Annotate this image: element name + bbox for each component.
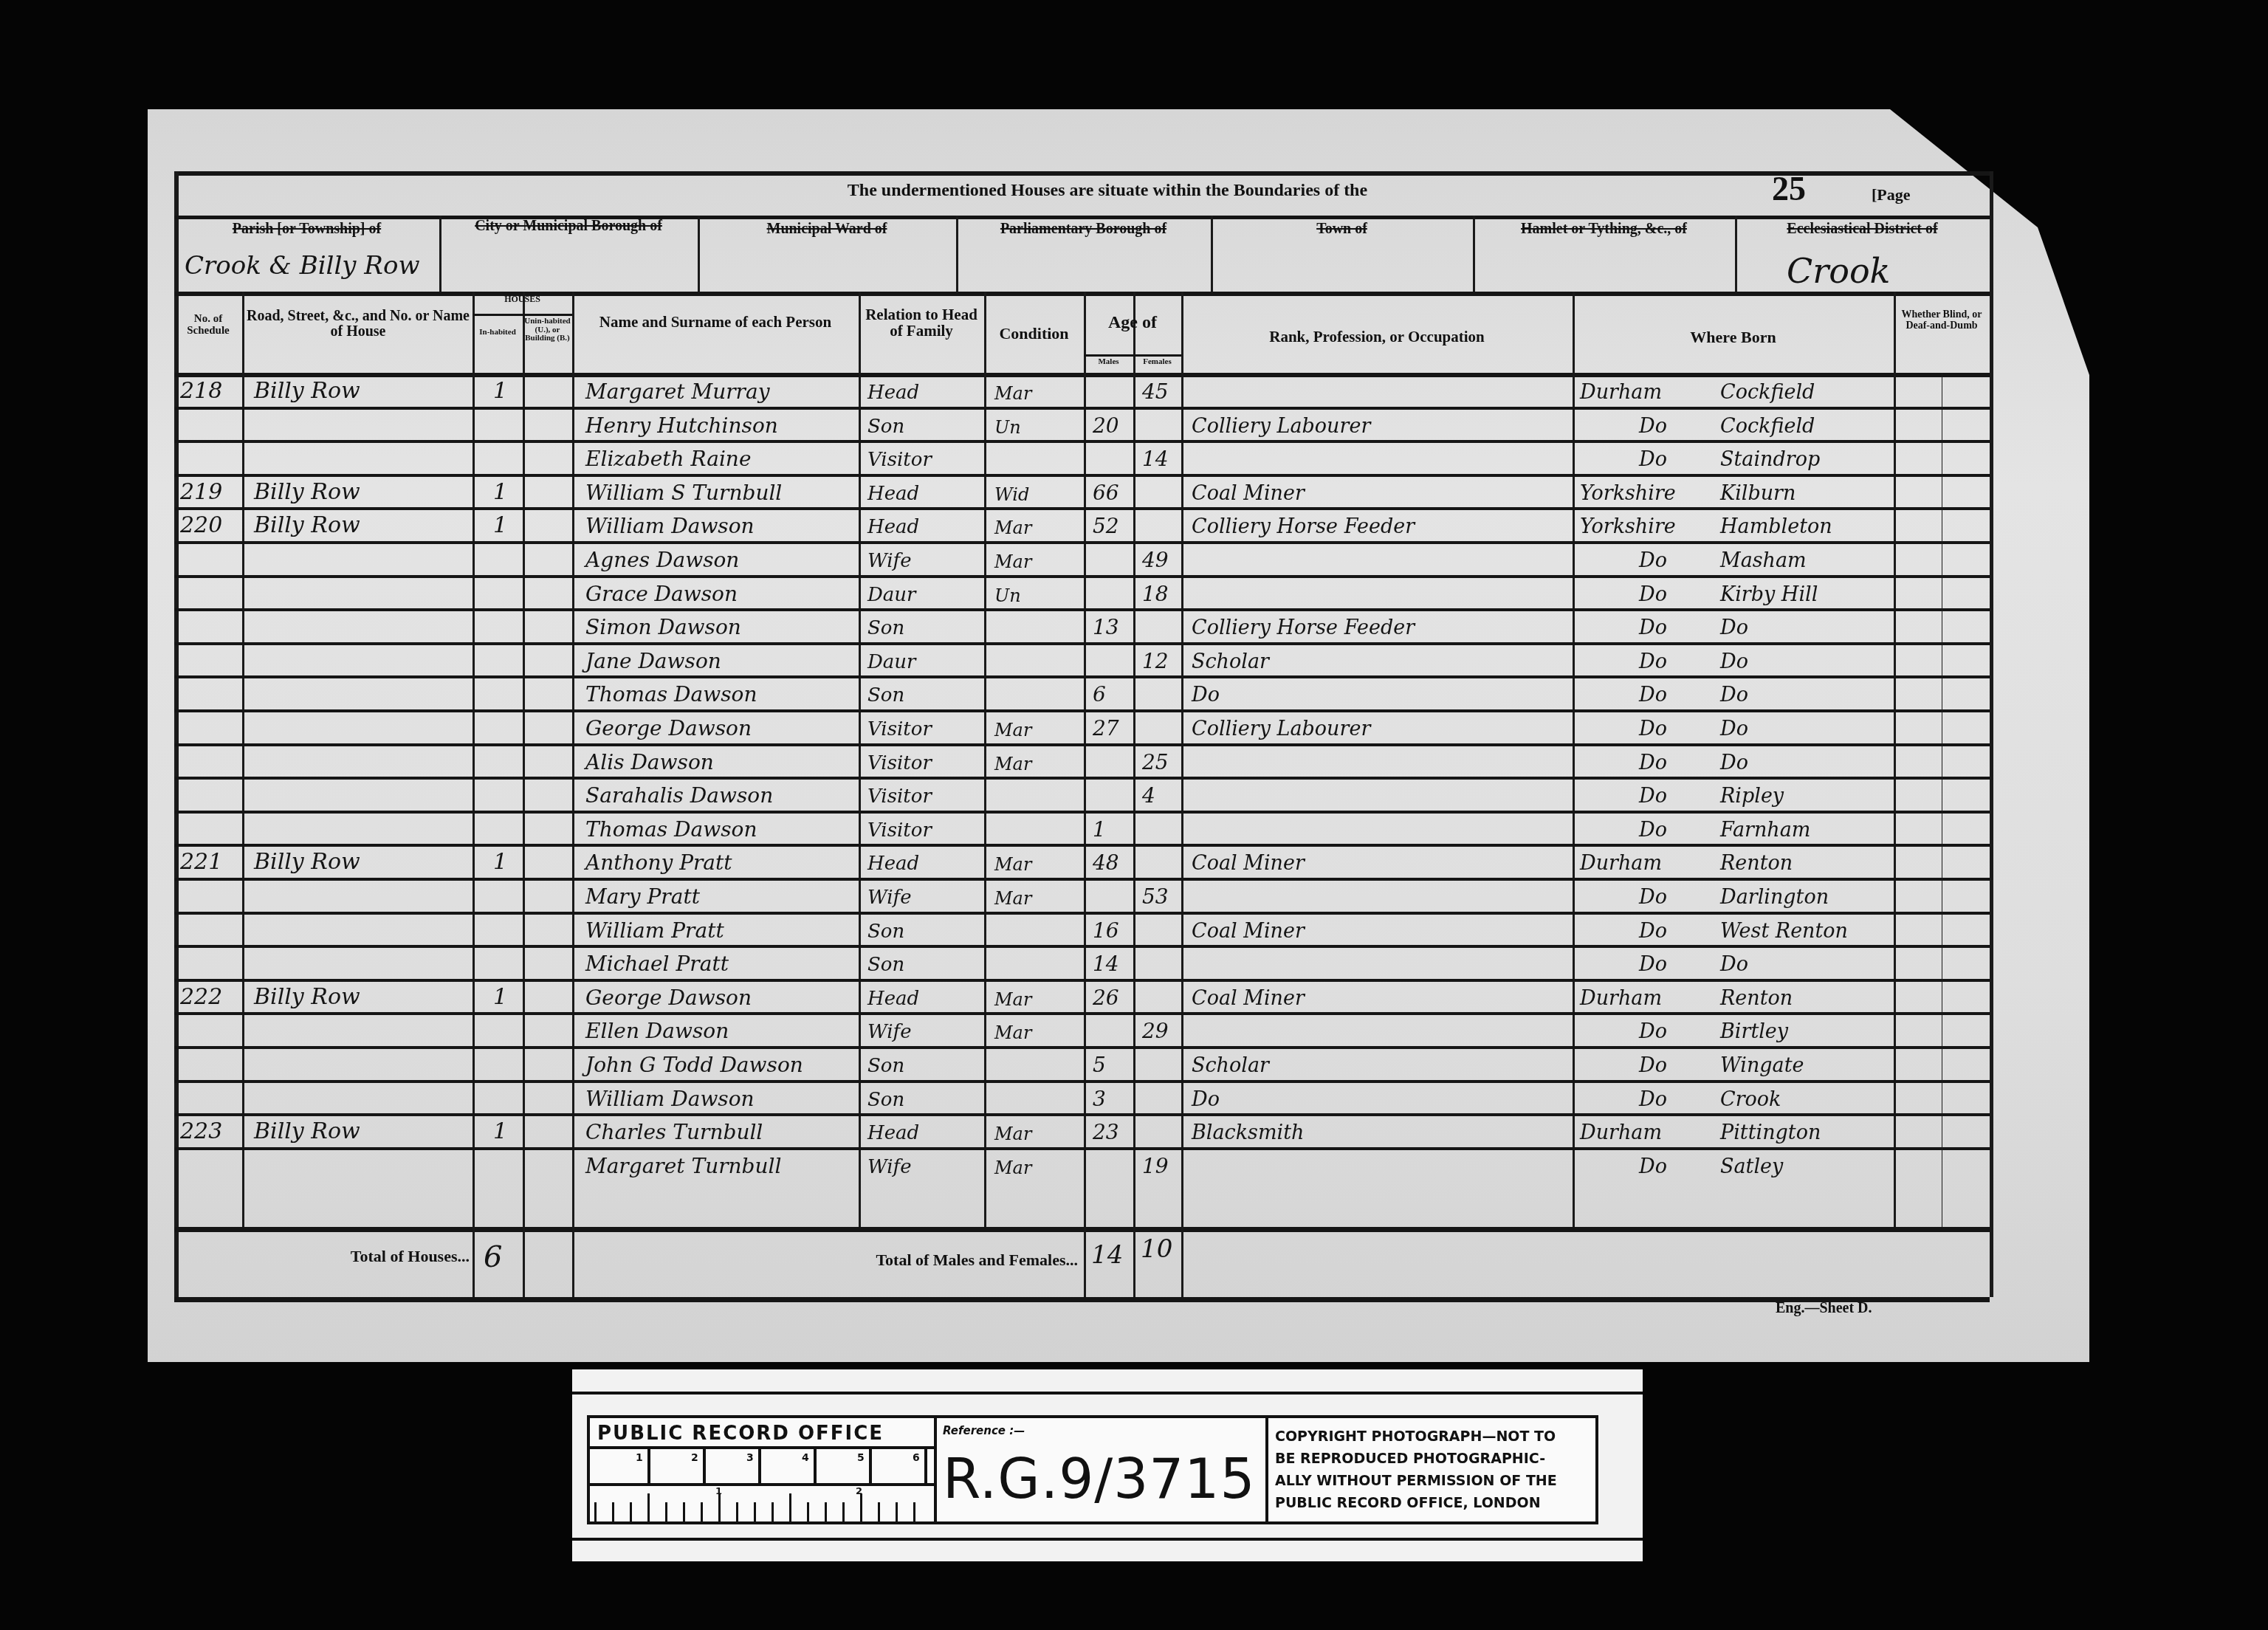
birth-place: Staindrop [1720, 440, 1820, 474]
birth-place: Do [1720, 743, 1748, 777]
reference-number: R.G.9/3715 [943, 1448, 1256, 1511]
marital-condition: Mar [994, 1012, 1031, 1046]
birth-place: Renton [1720, 979, 1793, 1013]
table-row [174, 912, 1990, 946]
table-row [174, 777, 1990, 811]
relation-to-head: Head [867, 844, 919, 878]
person-name: Alis Dawson [585, 743, 714, 777]
occupation: Colliery Horse Feeder [1192, 608, 1415, 642]
relation-to-head: Son [867, 945, 904, 979]
copyright-line: PUBLIC RECORD OFFICE, LONDON [1275, 1492, 1557, 1514]
birth-county: Durham [1580, 1113, 1662, 1147]
rule-line [523, 1227, 525, 1297]
birth-county: Do [1639, 608, 1667, 642]
sheet-mark: Eng.—Sheet D. [1776, 1301, 1872, 1316]
col-relation: Relation to Head of Family [859, 306, 984, 339]
copyright-line: BE REPRODUCED PHOTOGRAPHIC- [1275, 1448, 1557, 1470]
table-row [174, 608, 1990, 642]
table-row [174, 675, 1990, 709]
age-female: 29 [1142, 1012, 1169, 1046]
birth-place: Do [1720, 945, 1748, 979]
person-name: William Pratt [585, 912, 724, 946]
person-name: Elizabeth Raine [585, 440, 751, 474]
ruler-tick [869, 1449, 872, 1483]
age-female: 49 [1142, 541, 1169, 575]
marital-condition: Mar [994, 878, 1031, 912]
ruler-number: 3 [746, 1452, 754, 1464]
ruler-tick [594, 1502, 597, 1521]
age-female: 4 [1142, 777, 1155, 811]
birth-county: Do [1639, 777, 1667, 811]
person-name: George Dawson [585, 979, 752, 1013]
ruler-tick [736, 1502, 738, 1521]
ruler-tick [878, 1502, 880, 1521]
relation-to-head: Wife [867, 541, 912, 575]
occupation: Blacksmith [1192, 1113, 1304, 1147]
ruler-tick [814, 1449, 817, 1483]
relation-to-head: Visitor [867, 743, 932, 777]
ruler-tick [754, 1502, 756, 1521]
inhabited-count: 1 [493, 1113, 507, 1147]
age-male: 20 [1093, 407, 1119, 441]
rule-line [472, 1227, 475, 1297]
ruler-number: 5 [857, 1452, 865, 1464]
birth-county: Durham [1580, 373, 1662, 407]
occupation: Scholar [1192, 642, 1269, 676]
person-name: Grace Dawson [585, 575, 738, 609]
birth-county: Durham [1580, 844, 1662, 878]
table-row [174, 1046, 1990, 1080]
ruler-tick [924, 1449, 927, 1483]
boundary-label: Parish [or Township] of [174, 221, 439, 237]
birth-county: Durham [1580, 979, 1662, 1013]
rule-line [174, 1297, 1990, 1302]
person-name: Margaret Turnbull [585, 1147, 781, 1181]
relation-to-head: Wife [867, 1012, 912, 1046]
person-name: Thomas Dawson [585, 675, 757, 709]
birth-county: Yorkshire [1580, 474, 1676, 508]
ruler-tick [896, 1502, 898, 1521]
birth-place: Ripley [1720, 777, 1784, 811]
birth-county: Do [1639, 709, 1667, 743]
person-name: Michael Pratt [585, 945, 729, 979]
col-houses: HOUSES [472, 295, 572, 304]
birth-place: Crook [1720, 1080, 1781, 1114]
table-row [174, 811, 1990, 845]
age-female: 12 [1142, 642, 1169, 676]
relation-to-head: Visitor [867, 811, 932, 845]
page-label: [Page [1872, 186, 1911, 203]
birth-county: Do [1639, 642, 1667, 676]
age-male: 14 [1093, 945, 1119, 979]
total-houses-value: 6 [484, 1240, 502, 1274]
person-name: George Dawson [585, 709, 752, 743]
birth-county: Do [1639, 945, 1667, 979]
relation-to-head: Head [867, 1113, 919, 1147]
person-name: Charles Turnbull [585, 1113, 763, 1147]
birth-county: Do [1639, 407, 1667, 441]
age-male: 66 [1093, 474, 1119, 508]
birth-county: Do [1639, 541, 1667, 575]
inhabited-count: 1 [493, 979, 507, 1013]
table-row [174, 642, 1990, 676]
person-name: Ellen Dawson [585, 1012, 729, 1046]
occupation: Colliery Labourer [1192, 407, 1370, 441]
ruler-tick [647, 1493, 650, 1521]
copyright-line: ALLY WITHOUT PERMISSION OF THE [1275, 1470, 1557, 1492]
birth-place: Renton [1720, 844, 1793, 878]
ruler-tick [701, 1502, 703, 1521]
person-name: Jane Dawson [585, 642, 721, 676]
relation-to-head: Son [867, 675, 904, 709]
marital-condition: Wid [994, 474, 1029, 508]
birth-county: Do [1639, 743, 1667, 777]
relation-to-head: Head [867, 507, 919, 541]
birth-county: Do [1639, 575, 1667, 609]
age-male: 23 [1093, 1113, 1119, 1147]
relation-to-head: Head [867, 979, 919, 1013]
person-name: William Dawson [585, 1080, 755, 1114]
table-row [174, 407, 1990, 441]
age-male: 13 [1093, 608, 1119, 642]
person-name: John G Todd Dawson [585, 1046, 803, 1080]
schedule-number: 218 [180, 373, 222, 407]
rule-line [1084, 354, 1181, 357]
relation-to-head: Son [867, 912, 904, 946]
person-name: Simon Dawson [585, 608, 741, 642]
total-houses-label: Total of Houses... [174, 1248, 470, 1265]
marital-condition: Mar [994, 844, 1031, 878]
col-inhabited: In-habited [472, 329, 523, 337]
birth-county: Do [1639, 440, 1667, 474]
ruler-tick [630, 1502, 632, 1521]
birth-place: Hambleton [1720, 507, 1832, 541]
copyright-notice: COPYRIGHT PHOTOGRAPH—NOT TOBE REPRODUCED… [1275, 1426, 1557, 1514]
occupation: Coal Miner [1192, 912, 1305, 946]
occupation: Colliery Horse Feeder [1192, 507, 1415, 541]
rule-line [1181, 1227, 1183, 1297]
occupation: Do [1192, 675, 1220, 709]
relation-to-head: Son [867, 608, 904, 642]
road-name: Billy Row [254, 844, 360, 878]
marital-condition: Un [994, 407, 1021, 441]
ruler-tick [612, 1502, 614, 1521]
inhabited-count: 1 [493, 844, 507, 878]
marital-condition: Mar [994, 979, 1031, 1013]
road-name: Billy Row [254, 507, 360, 541]
ruler-tick [807, 1502, 809, 1521]
relation-to-head: Visitor [867, 440, 932, 474]
age-female: 25 [1142, 743, 1169, 777]
ruler-number: 4 [802, 1452, 809, 1464]
table-row [174, 1080, 1990, 1114]
col-occupation: Rank, Profession, or Occupation [1181, 329, 1573, 345]
rule-line [572, 1227, 574, 1297]
birth-place: Kirby Hill [1720, 575, 1818, 609]
col-condition: Condition [984, 325, 1084, 342]
ruler-tick [758, 1449, 761, 1483]
birth-county: Do [1639, 1147, 1667, 1181]
person-name: Anthony Pratt [585, 844, 732, 878]
table-row [174, 709, 1990, 743]
col-uninhabited: Unin-habited (U.), or Building (B.) [523, 317, 572, 343]
age-female: 19 [1142, 1147, 1169, 1181]
occupation: Coal Miner [1192, 979, 1305, 1013]
birth-place: Birtley [1720, 1012, 1788, 1046]
ruler-tick [647, 1449, 650, 1483]
table-row [174, 507, 1990, 541]
col-females: Females [1133, 358, 1181, 367]
boundary-label: Parliamentary Borough of [956, 221, 1211, 237]
relation-to-head: Head [867, 474, 919, 508]
inhabited-count: 1 [493, 507, 507, 541]
person-name: Mary Pratt [585, 878, 700, 912]
boundary-value: Crook & Billy Row [185, 251, 419, 281]
relation-to-head: Visitor [867, 777, 932, 811]
rule-line [174, 292, 1990, 296]
ruler-tick [683, 1502, 685, 1521]
person-name: Sarahalis Dawson [585, 777, 773, 811]
office-label: PUBLIC RECORD OFFICE [597, 1423, 884, 1445]
birth-place: Satley [1720, 1147, 1783, 1181]
boundary-label: City or Municipal Borough of [439, 219, 698, 234]
relation-to-head: Wife [867, 1147, 912, 1181]
ruler-tick [860, 1493, 862, 1521]
rule-line [472, 314, 572, 316]
marital-condition: Mar [994, 541, 1031, 575]
ruler-tick [665, 1502, 667, 1521]
birth-county: Do [1639, 1046, 1667, 1080]
boundary-label: Ecclesiastical District of [1735, 221, 1990, 237]
rule-line [174, 171, 1990, 176]
relation-to-head: Son [867, 407, 904, 441]
public-record-office-stamp: PUBLIC RECORD OFFICE 123456 12 Reference… [572, 1369, 1643, 1561]
birth-place: Pittington [1720, 1113, 1821, 1147]
table-row [174, 1113, 1990, 1147]
col-age-of: Age of [1084, 314, 1181, 332]
rule-line [1990, 171, 1993, 1297]
birth-county: Do [1639, 811, 1667, 845]
total-females-value: 10 [1141, 1234, 1172, 1264]
person-name: William S Turnbull [585, 474, 782, 508]
marital-condition: Mar [994, 1113, 1031, 1147]
col-infirm: Whether Blind, or Deaf-and-Dumb [1894, 310, 1990, 331]
ruler-tick [825, 1502, 827, 1521]
age-male: 1 [1093, 811, 1106, 845]
birth-county: Do [1639, 1012, 1667, 1046]
birth-place: Cockfield [1720, 373, 1815, 407]
relation-to-head: Daur [867, 642, 916, 676]
age-male: 26 [1093, 979, 1119, 1013]
road-name: Billy Row [254, 373, 360, 407]
birth-county: Do [1639, 1080, 1667, 1114]
ruler-tick [789, 1493, 791, 1521]
ruler-panel: PUBLIC RECORD OFFICE 123456 12 [590, 1418, 937, 1521]
ruler-tick [703, 1449, 706, 1483]
relation-to-head: Son [867, 1046, 904, 1080]
ruler-bottom-scale: 12 [590, 1486, 934, 1521]
relation-to-head: Son [867, 1080, 904, 1114]
relation-to-head: Head [867, 373, 919, 407]
boundary-value: Crook [1787, 251, 1890, 291]
ruler-number: 1 [715, 1486, 722, 1497]
page-number: 25 [1772, 171, 1806, 207]
birth-county: Do [1639, 675, 1667, 709]
person-name: Thomas Dawson [585, 811, 757, 845]
occupation: Coal Miner [1192, 844, 1305, 878]
total-males-value: 14 [1091, 1240, 1123, 1270]
ruler-number: 2 [856, 1486, 862, 1497]
birth-county: Yorkshire [1580, 507, 1676, 541]
occupation: Scholar [1192, 1046, 1269, 1080]
birth-place: Do [1720, 675, 1748, 709]
birth-place: West Renton [1720, 912, 1848, 946]
reference-label: Reference :— [943, 1424, 1025, 1437]
table-row [174, 743, 1990, 777]
table-row [174, 945, 1990, 979]
table-row [174, 474, 1990, 508]
occupation: Coal Miner [1192, 474, 1305, 508]
road-name: Billy Row [254, 979, 360, 1013]
schedule-number: 220 [180, 507, 222, 541]
road-name: Billy Row [254, 1113, 360, 1147]
ruler-number: 6 [913, 1452, 920, 1464]
marital-condition: Mar [994, 709, 1031, 743]
copyright-line: COPYRIGHT PHOTOGRAPH—NOT TO [1275, 1426, 1557, 1448]
age-male: 3 [1093, 1080, 1106, 1114]
birth-county: Do [1639, 912, 1667, 946]
marital-condition: Mar [994, 1147, 1031, 1181]
ruler-tick [718, 1493, 721, 1521]
table-row [174, 541, 1990, 575]
ruler-top-scale: 123456 [590, 1449, 934, 1483]
marital-condition: Mar [994, 743, 1031, 777]
title-line: The undermentioned Houses are situate wi… [664, 182, 1550, 200]
occupation: Colliery Labourer [1192, 709, 1370, 743]
age-male: 5 [1093, 1046, 1106, 1080]
inhabited-count: 1 [493, 373, 507, 407]
birth-place: Do [1720, 608, 1748, 642]
person-name: Henry Hutchinson [585, 407, 778, 441]
table-row [174, 1147, 1990, 1181]
boundary-label: Hamlet or Tything, &c., of [1473, 221, 1735, 237]
marital-condition: Mar [994, 507, 1031, 541]
birth-place: Cockfield [1720, 407, 1815, 441]
schedule-number: 219 [180, 474, 222, 508]
boundary-label: Municipal Ward of [698, 221, 956, 237]
age-female: 53 [1142, 878, 1169, 912]
birth-county: Do [1639, 878, 1667, 912]
schedule-number: 222 [180, 979, 222, 1013]
col-schedule: No. of Schedule [174, 314, 242, 337]
total-persons-label: Total of Males and Females... [738, 1251, 1078, 1268]
marital-condition: Mar [994, 373, 1031, 407]
age-male: 6 [1093, 675, 1106, 709]
ruler-number: 2 [691, 1452, 698, 1464]
marital-condition: Un [994, 575, 1021, 609]
table-row [174, 979, 1990, 1013]
schedule-number: 221 [180, 844, 222, 878]
col-males: Males [1084, 358, 1133, 367]
road-name: Billy Row [254, 474, 360, 508]
age-female: 18 [1142, 575, 1169, 609]
col-where-born: Where Born [1573, 329, 1894, 345]
rule-line [1084, 1227, 1086, 1297]
birth-place: Masham [1720, 541, 1807, 575]
person-name: William Dawson [585, 507, 755, 541]
ruler-tick [772, 1502, 774, 1521]
table-row [174, 1012, 1990, 1046]
birth-place: Wingate [1720, 1046, 1804, 1080]
age-female: 45 [1142, 373, 1169, 407]
age-male: 52 [1093, 507, 1119, 541]
table-row [174, 844, 1990, 878]
col-name: Name and Surname of each Person [572, 314, 859, 330]
rule-line [174, 1227, 1990, 1232]
ruler-tick [913, 1502, 915, 1521]
age-female: 14 [1142, 440, 1169, 474]
person-name: Agnes Dawson [585, 541, 739, 575]
ruler-number: 1 [636, 1452, 643, 1464]
birth-place: Do [1720, 642, 1748, 676]
table-row [174, 878, 1990, 912]
birth-place: Darlington [1720, 878, 1829, 912]
table-row [174, 373, 1990, 407]
rule-line [1133, 1227, 1135, 1297]
table-row [174, 440, 1990, 474]
age-male: 48 [1093, 844, 1119, 878]
occupation: Do [1192, 1080, 1220, 1114]
table-row [174, 575, 1990, 609]
relation-to-head: Daur [867, 575, 916, 609]
schedule-number: 223 [180, 1113, 222, 1147]
birth-place: Do [1720, 709, 1748, 743]
relation-to-head: Wife [867, 878, 912, 912]
birth-place: Farnham [1720, 811, 1810, 845]
stamp-box: PUBLIC RECORD OFFICE 123456 12 Reference… [587, 1415, 1598, 1524]
person-name: Margaret Murray [585, 373, 769, 407]
birth-place: Kilburn [1720, 474, 1795, 508]
age-male: 16 [1093, 912, 1119, 946]
age-male: 27 [1093, 709, 1119, 743]
ruler-tick [842, 1502, 845, 1521]
col-road: Road, Street, &c., and No. or Name of Ho… [244, 309, 472, 340]
inhabited-count: 1 [493, 474, 507, 508]
relation-to-head: Visitor [867, 709, 932, 743]
boundary-label: Town of [1211, 221, 1473, 237]
